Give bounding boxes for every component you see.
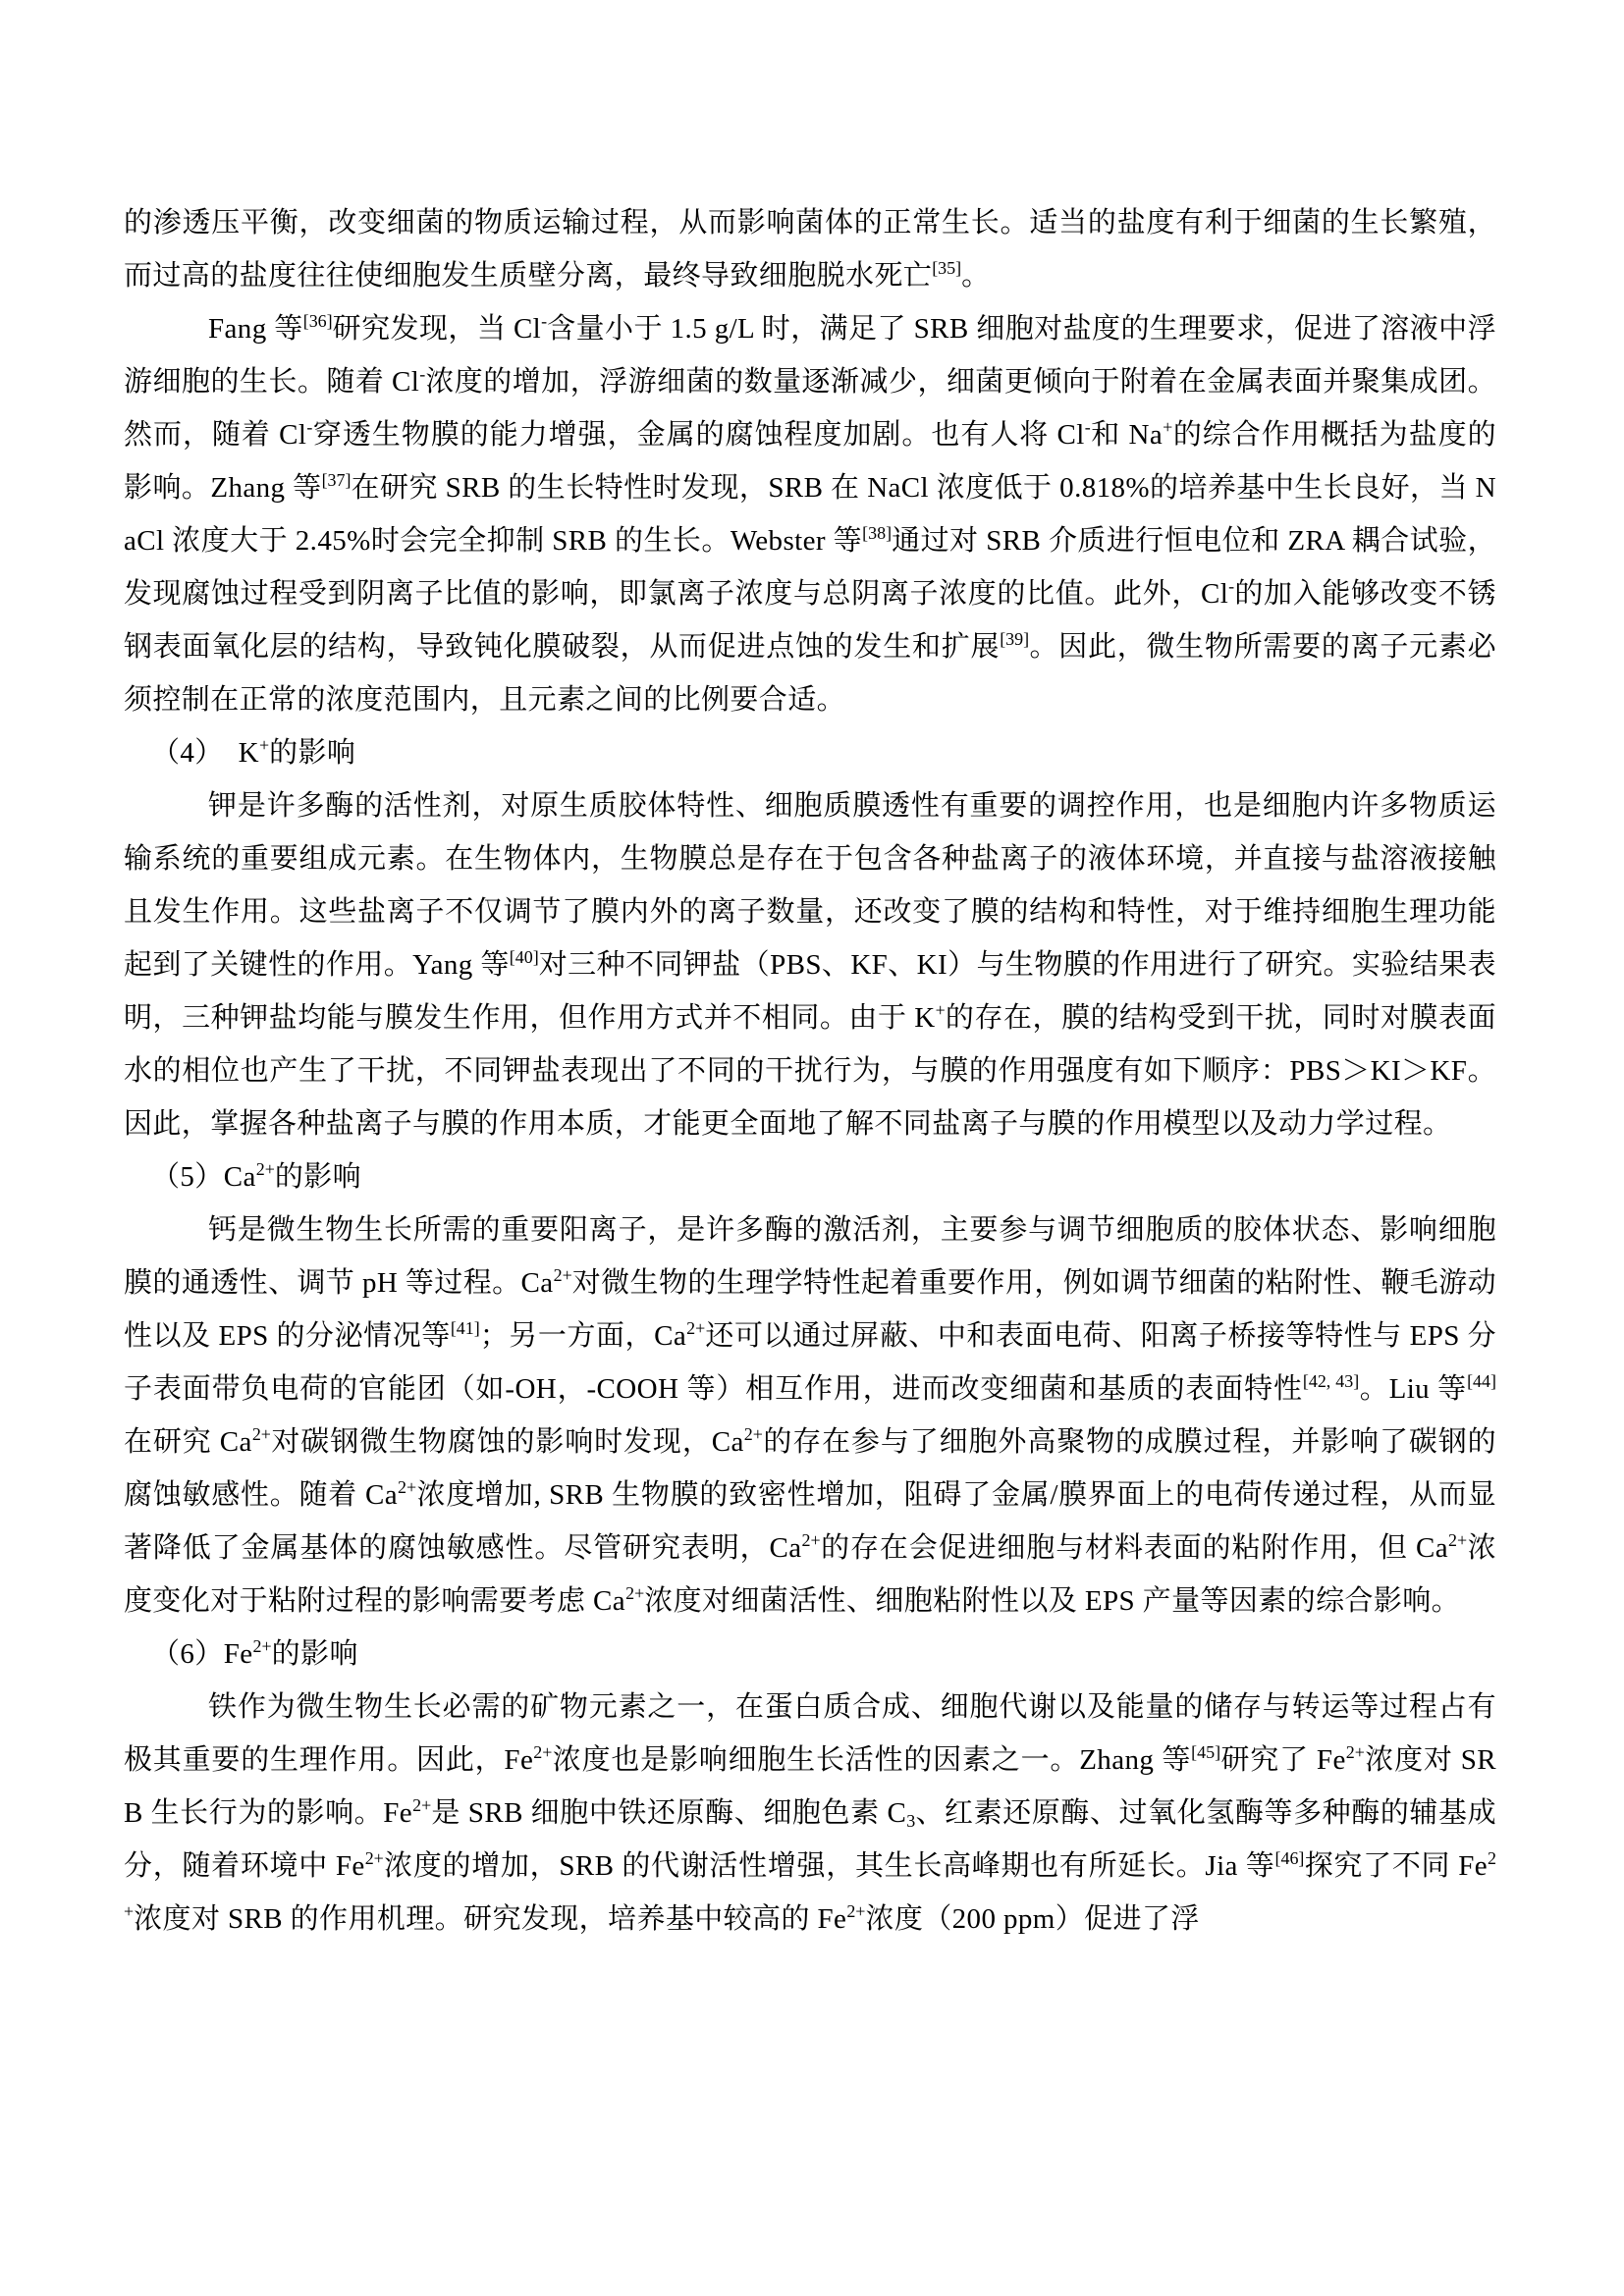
text-run: 穿透生物膜的能力增强，金属的腐蚀程度加剧。也有人将 Cl bbox=[312, 419, 1084, 451]
text-run: 和 Na bbox=[1091, 419, 1163, 451]
text-run: 对碳钢微生物腐蚀的影响时发现，Ca bbox=[271, 1426, 744, 1458]
citation-superscript: [46] bbox=[1274, 1848, 1304, 1868]
text-run: 的存在会促进细胞与材料表面的粘附作用，但 Ca bbox=[821, 1532, 1448, 1564]
citation-superscript: [38] bbox=[862, 523, 892, 543]
ion-charge-superscript: 2+ bbox=[533, 1742, 552, 1762]
citation-superscript: [40] bbox=[510, 947, 539, 967]
ion-charge-superscript: 2+ bbox=[252, 1424, 271, 1444]
text-run: （6）Fe bbox=[151, 1638, 253, 1670]
text-run: （4） K bbox=[151, 737, 259, 769]
ion-charge-superscript: + bbox=[259, 735, 269, 755]
ion-charge-superscript: 2+ bbox=[744, 1424, 763, 1444]
ion-charge-superscript: 2+ bbox=[1448, 1530, 1467, 1550]
citation-superscript: [39] bbox=[1000, 629, 1029, 649]
text-run: 在研究 Ca bbox=[124, 1426, 252, 1458]
section-heading: （4） K+的影响 bbox=[124, 726, 1496, 779]
text-run: ；另一方面，Ca bbox=[480, 1320, 686, 1352]
citation-superscript: [44] bbox=[1467, 1371, 1496, 1391]
page-body: 的渗透压平衡，改变细菌的物质运输过程，从而影响菌体的正常生长。适当的盐度有利于细… bbox=[124, 196, 1496, 1946]
chemical-subscript: 3 bbox=[906, 1811, 915, 1831]
citation-superscript: [35] bbox=[932, 258, 961, 278]
paragraph: 铁作为微生物生长必需的矿物元素之一，在蛋白质合成、细胞代谢以及能量的储存与转运等… bbox=[124, 1681, 1496, 1946]
text-run: 研究了 Fe bbox=[1220, 1744, 1346, 1776]
section-heading: （6）Fe2+的影响 bbox=[124, 1628, 1496, 1681]
text-run: 的影响 bbox=[275, 1161, 361, 1193]
ion-charge-superscript: 2+ bbox=[686, 1318, 705, 1338]
text-run: 探究了不同 Fe bbox=[1304, 1850, 1488, 1882]
text-run: （5）Ca bbox=[151, 1161, 256, 1193]
paragraph: 钙是微生物生长所需的重要阳离子，是许多酶的激活剂，主要参与调节细胞质的胶体状态、… bbox=[124, 1203, 1496, 1628]
ion-charge-superscript: + bbox=[936, 1000, 946, 1020]
ion-charge-superscript: 2+ bbox=[846, 1901, 865, 1921]
text-run: 浓度（200 ppm）促进了浮 bbox=[865, 1903, 1199, 1935]
ion-charge-superscript: + bbox=[1163, 417, 1172, 437]
text-run: 是 SRB 细胞中铁还原酶、细胞色素 C bbox=[431, 1797, 906, 1829]
ion-charge-superscript: 2+ bbox=[1346, 1742, 1365, 1762]
text-run: 的渗透压平衡，改变细菌的物质运输过程，从而影响菌体的正常生长。适当的盐度有利于细… bbox=[124, 207, 1496, 292]
text-run: 的影响 bbox=[272, 1638, 358, 1670]
ion-charge-superscript: 2+ bbox=[398, 1477, 416, 1497]
text-run: 。Liu 等 bbox=[1359, 1373, 1467, 1405]
citation-superscript: [36] bbox=[303, 311, 333, 331]
ion-charge-superscript: 2+ bbox=[253, 1636, 272, 1656]
section-heading: （5）Ca2+的影响 bbox=[124, 1150, 1496, 1203]
text-run: 研究发现，当 Cl bbox=[333, 313, 542, 345]
ion-charge-superscript: 2+ bbox=[625, 1583, 644, 1603]
text-run: 浓度对 SRB 的作用机理。研究发现，培养基中较高的 Fe bbox=[134, 1903, 846, 1935]
paragraph: 的渗透压平衡，改变细菌的物质运输过程，从而影响菌体的正常生长。适当的盐度有利于细… bbox=[124, 196, 1496, 302]
text-run: 浓度的增加，SRB 的代谢活性增强，其生长高峰期也有所延长。Jia 等 bbox=[384, 1850, 1275, 1882]
citation-superscript: [41] bbox=[451, 1318, 480, 1338]
citation-superscript: [45] bbox=[1191, 1742, 1220, 1762]
text-run: 。 bbox=[961, 260, 990, 292]
ion-charge-superscript: 2+ bbox=[802, 1530, 821, 1550]
citation-superscript: [42, 43] bbox=[1303, 1371, 1359, 1391]
text-run: Fang 等 bbox=[208, 313, 303, 345]
ion-charge-superscript: 2+ bbox=[256, 1159, 275, 1179]
paragraph: 钾是许多酶的活性剂，对原生质胶体特性、细胞质膜透性有重要的调控作用，也是细胞内许… bbox=[124, 779, 1496, 1150]
ion-charge-superscript: 2+ bbox=[554, 1265, 572, 1285]
text-run: 的影响 bbox=[269, 737, 355, 769]
document-page: 的渗透压平衡，改变细菌的物质运输过程，从而影响菌体的正常生长。适当的盐度有利于细… bbox=[0, 0, 1624, 2296]
ion-charge-superscript: 2+ bbox=[412, 1795, 431, 1815]
text-run: 浓度也是影响细胞生长活性的因素之一。Zhang 等 bbox=[552, 1744, 1191, 1776]
ion-charge-superscript: 2+ bbox=[365, 1848, 384, 1868]
text-run: 浓度对细菌活性、细胞粘附性以及 EPS 产量等因素的综合影响。 bbox=[644, 1585, 1460, 1617]
citation-superscript: [37] bbox=[322, 470, 352, 490]
paragraph: Fang 等[36]研究发现，当 Cl-含量小于 1.5 g/L 时，满足了 S… bbox=[124, 302, 1496, 726]
